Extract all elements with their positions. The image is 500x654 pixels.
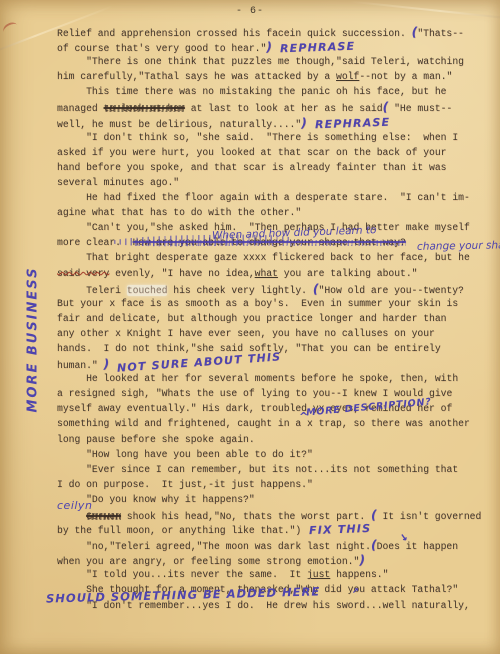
struck-name: Gorwen bbox=[86, 511, 121, 522]
typed-line: fair and delicate, but although you prac… bbox=[57, 311, 498, 326]
typed-line: when you are angry, or feeling some stro… bbox=[57, 552, 498, 567]
typed-text: --not by a man." bbox=[359, 71, 452, 82]
typed-line: any other x Knight I have ever seen, you… bbox=[57, 326, 498, 341]
typed-text: well, he must be delirious, naturally...… bbox=[57, 119, 301, 130]
typed-line: several minutes ago." bbox=[57, 175, 498, 190]
typed-text: agine what that has to do with the other… bbox=[57, 207, 301, 218]
typed-line: agine what that has to do with the other… bbox=[57, 205, 498, 220]
typed-text: several minutes ago." bbox=[57, 177, 179, 188]
typed-text: evenly, "I have no idea, bbox=[109, 268, 254, 279]
typed-text: Relief and apprehension crossed his face… bbox=[57, 28, 412, 39]
typed-line: something wild and frightened, caught in… bbox=[57, 416, 498, 431]
underlined-word: what bbox=[255, 268, 278, 279]
typed-text: Does it happen bbox=[377, 541, 458, 552]
typed-line: a resigned sigh, "Whats the use of lying… bbox=[57, 386, 498, 401]
typed-text bbox=[57, 511, 86, 522]
typed-line: "Do you know why it happens?" bbox=[57, 492, 498, 507]
typed-text: you are talking about." bbox=[278, 268, 418, 279]
typed-text: I do on purpose. It just,-it just happen… bbox=[57, 479, 313, 490]
typed-text: It isn't governed bbox=[377, 511, 482, 522]
typed-text: "How old are you--twenty? bbox=[319, 285, 464, 296]
typed-text-block: Relief and apprehension crossed his face… bbox=[57, 24, 498, 613]
manuscript-page: - 6- Relief and apprehension crossed his… bbox=[0, 0, 500, 654]
annotation-insert-change: change your shape bbox=[417, 239, 500, 253]
typed-text: shook his head,"No, thats the worst part… bbox=[121, 511, 371, 522]
typed-text: when you are angry, or feeling some stro… bbox=[57, 556, 359, 567]
typed-line: Teleri touched his cheek very lightly. (… bbox=[57, 281, 498, 296]
annotation-rephrase: REPHRASE bbox=[280, 39, 356, 57]
typed-line: This time there was no mistaking the pan… bbox=[57, 84, 498, 99]
typed-text: This time there was no mistaking the pan… bbox=[57, 86, 447, 97]
typed-text: his cheek very lightly. bbox=[167, 285, 312, 296]
typed-text: "I told you...its never the same. It bbox=[57, 569, 307, 580]
typed-text: any other x Knight I have ever seen, you… bbox=[57, 328, 435, 339]
arrow-icon: ↗ bbox=[352, 583, 359, 597]
typed-line: long pause before she spoke again. bbox=[57, 432, 498, 447]
typed-text: Teleri bbox=[57, 285, 127, 296]
typed-line: "no,"Teleri agreed,"The moon was dark la… bbox=[57, 537, 498, 552]
typed-line: "I don't think so, "she said. "There is … bbox=[57, 130, 498, 145]
annotation-name-ceilyn: ceilyn bbox=[57, 499, 92, 512]
typed-line: I do on purpose. It just,-it just happen… bbox=[57, 477, 498, 492]
typed-text: That bright desperate gaze xxxx flickere… bbox=[57, 252, 470, 263]
typed-text: "How long have you been able to do it?" bbox=[57, 449, 313, 460]
typed-line: "How long have you been able to do it?" bbox=[57, 447, 498, 462]
handwritten-paren: ) bbox=[301, 115, 307, 130]
typed-line: said very evenly, "I have no idea,what y… bbox=[57, 266, 498, 281]
typed-line: Gorwen shook his head,"No, thats the wor… bbox=[57, 507, 498, 522]
typed-text: hand before you spoke, and that scar is … bbox=[57, 162, 447, 173]
annotation-fix-this: FIX THIS bbox=[309, 521, 372, 538]
typed-line: managed to look at her at last to look a… bbox=[57, 99, 498, 114]
typed-text: of course that's very good to hear." bbox=[57, 43, 266, 54]
typed-text: fair and delicate, but although you prac… bbox=[57, 313, 447, 324]
typed-line: He had fixed the floor again with a desp… bbox=[57, 190, 498, 205]
typed-line: "I told you...its never the same. It jus… bbox=[57, 567, 498, 582]
underlined-word: just bbox=[307, 569, 330, 580]
typed-line: That bright desperate gaze xxxx flickere… bbox=[57, 250, 498, 265]
typed-line: hand before you spoke, and that scar is … bbox=[57, 160, 498, 175]
handwritten-paren: ) bbox=[266, 39, 272, 54]
typed-line: But your x face is as smooth as a boy's.… bbox=[57, 296, 498, 311]
annotation-margin-more-business: MORE BUSINESS bbox=[26, 250, 41, 430]
typed-text: "I don't think so, "she said. "There is … bbox=[57, 132, 458, 143]
typed-text: by the full moon, or anything like that.… bbox=[57, 525, 301, 536]
typed-text: a resigned sigh, "Whats the use of lying… bbox=[57, 388, 452, 399]
typed-line: well, he must be delirious, naturally...… bbox=[57, 115, 498, 130]
typed-text: But your x face is as smooth as a boy's.… bbox=[57, 298, 458, 309]
correction-smudge: touched bbox=[127, 285, 168, 296]
typed-text: He had fixed the floor again with a desp… bbox=[57, 192, 470, 203]
typed-line: "There is one think that puzzles me thou… bbox=[57, 54, 498, 69]
handwritten-paren: ) bbox=[359, 552, 365, 567]
typed-text: "Ever since I can remember, but its not.… bbox=[57, 464, 458, 475]
typed-text: "no,"Teleri agreed,"The moon was dark la… bbox=[57, 541, 371, 552]
typed-text: him carefully,"Tathal says he was attack… bbox=[57, 71, 336, 82]
typed-line: asked if you were hurt, you looked at th… bbox=[57, 145, 498, 160]
struck-text: to look at her bbox=[104, 103, 185, 114]
typed-text: managed bbox=[57, 103, 104, 114]
annotation-rephrase: REPHRASE bbox=[315, 114, 391, 132]
typed-text: asked if you were hurt, you looked at th… bbox=[57, 147, 447, 158]
underlined-word: wolf bbox=[336, 71, 359, 82]
caret-icon: ^ bbox=[299, 410, 308, 423]
typed-line: Relief and apprehension crossed his face… bbox=[57, 24, 498, 39]
typed-line: of course that's very good to hear.")REP… bbox=[57, 39, 498, 54]
page-number: - 6- bbox=[0, 6, 500, 17]
typed-line: him carefully,"Tathal says he was attack… bbox=[57, 69, 498, 84]
typed-text: at last to look at her as he said bbox=[185, 103, 383, 114]
typed-text: "There is one think that puzzles me thou… bbox=[57, 56, 464, 67]
handwritten-paren: ) bbox=[104, 356, 110, 371]
typed-text: something wild and frightened, caught in… bbox=[57, 418, 470, 429]
typed-text: "He must-- bbox=[388, 103, 452, 114]
red-pen-mark bbox=[1, 20, 19, 37]
typed-text: "Thats-- bbox=[417, 28, 464, 39]
typed-line: myself away eventually." His dark, troub… bbox=[57, 401, 498, 416]
typed-line: "Ever since I can remember, but its not.… bbox=[57, 462, 498, 477]
red-struck-text: said very bbox=[57, 268, 109, 279]
typed-text: long pause before she spoke again. bbox=[57, 434, 255, 445]
typed-line: human." )NOT SURE ABOUT THIS bbox=[57, 356, 498, 371]
typed-text: human." bbox=[57, 360, 104, 371]
typed-line: by the full moon, or anything like that.… bbox=[57, 522, 498, 537]
typed-text: happens." bbox=[330, 569, 388, 580]
